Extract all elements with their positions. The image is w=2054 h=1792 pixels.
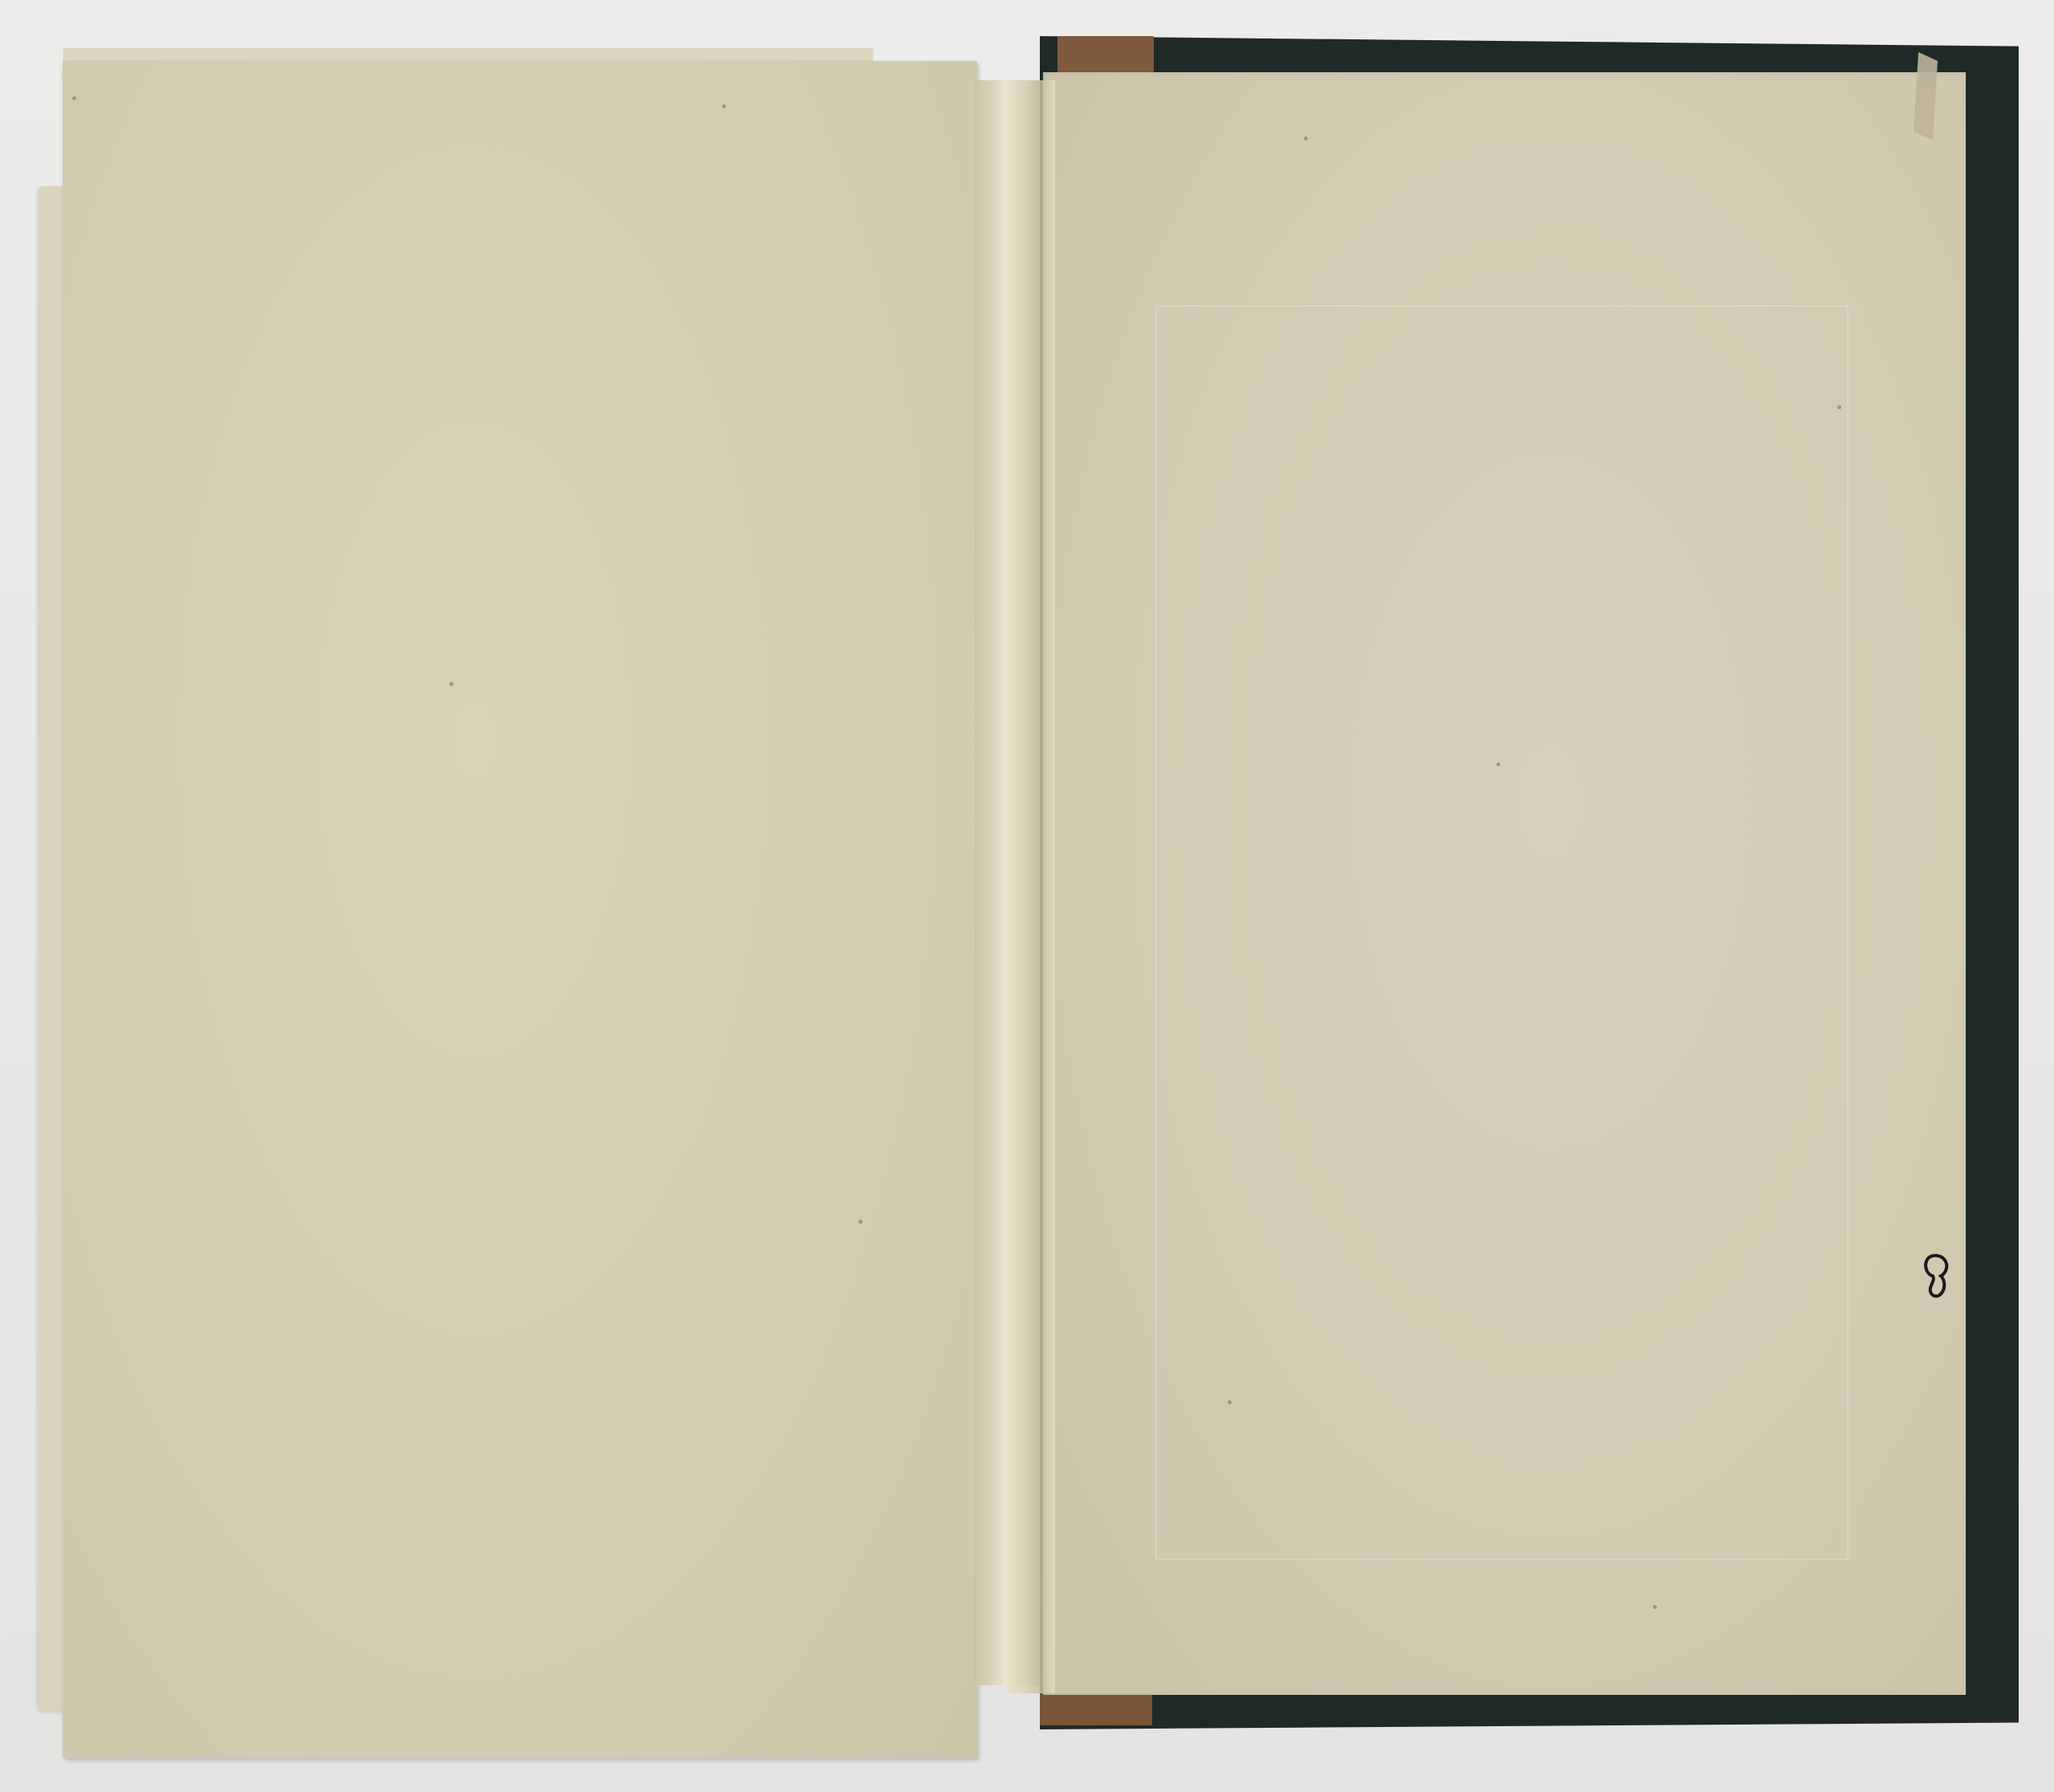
left-blank-page [63, 61, 977, 1758]
paper-speck [449, 682, 453, 686]
paper-speck [72, 96, 76, 100]
ink-stamp-icon [1922, 1254, 1949, 1298]
spine-leather-top [1057, 36, 1154, 76]
paper-speck [1228, 1400, 1232, 1404]
hinge-fold [1007, 80, 1055, 1693]
paper-speck [859, 1220, 863, 1224]
paper-speck [1837, 405, 1841, 409]
paper-speck [1496, 762, 1500, 766]
paper-speck [722, 104, 726, 108]
paper-speck [1653, 1605, 1657, 1609]
spine-leather-bottom [1040, 1692, 1152, 1725]
board-impression-frame [1155, 305, 1849, 1560]
paper-speck [1304, 136, 1308, 140]
